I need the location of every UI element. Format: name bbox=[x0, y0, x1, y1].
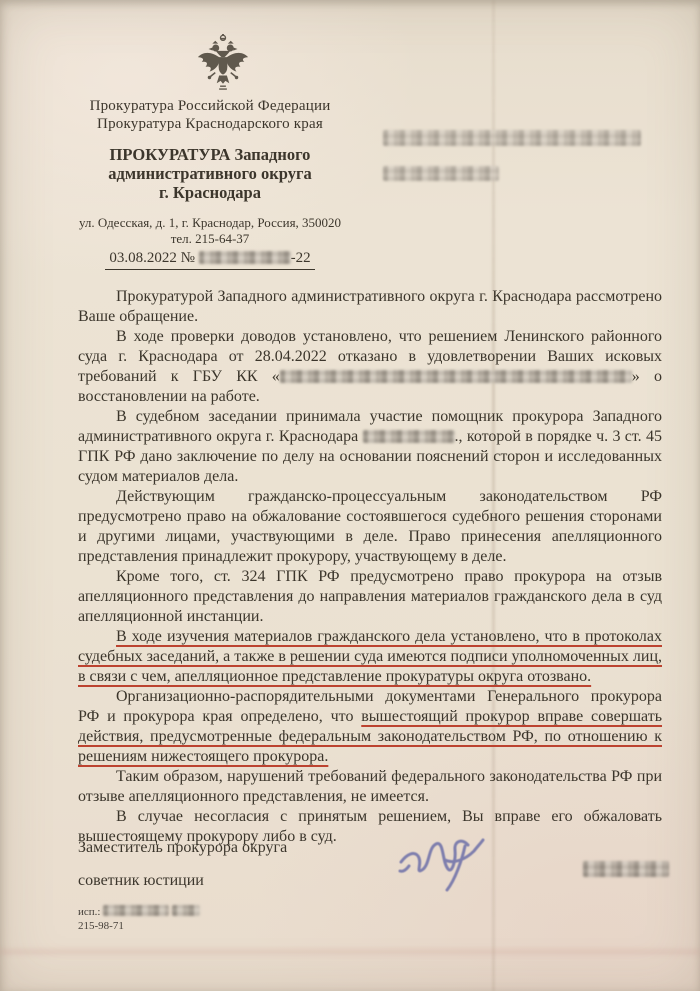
org-name-federation: Прокуратура Российской Федерации bbox=[40, 97, 380, 115]
number-sign: № bbox=[181, 250, 195, 266]
paragraph-7: Организационно-распорядительными докумен… bbox=[78, 687, 662, 767]
paragraph-5: Кроме того, ст. 324 ГПК РФ предусмотрено… bbox=[78, 567, 662, 627]
recipient-name-redacted bbox=[383, 130, 641, 146]
office-name: ПРОКУРАТУРА Западного административного … bbox=[40, 145, 380, 202]
letter-date: 03.08.2022 bbox=[109, 250, 177, 266]
executor-phone: 215-98-71 bbox=[78, 919, 200, 933]
signer-name-redacted bbox=[583, 861, 669, 877]
paragraph-1-text: Прокуратурой Западного административного… bbox=[78, 288, 662, 325]
handwritten-signature bbox=[395, 818, 520, 898]
organization-name-redacted bbox=[280, 370, 632, 383]
paragraph-3: В судебном заседании принимала участие п… bbox=[78, 407, 662, 487]
paper-fold-crease-horizontal bbox=[0, 948, 700, 956]
letter-body: Прокуратурой Западного административного… bbox=[78, 287, 662, 847]
paragraph-1: Прокуратурой Западного административного… bbox=[78, 287, 662, 327]
office-name-line3: г. Краснодара bbox=[40, 183, 380, 202]
executor-line: исп.: bbox=[78, 905, 200, 919]
letterhead: Прокуратура Российской Федерации Прокура… bbox=[40, 97, 380, 270]
signature-block: Заместитель прокурора округа советник юс… bbox=[78, 839, 287, 890]
paragraph-8-text: Таким образом, нарушений требований феде… bbox=[78, 768, 662, 805]
executor-block: исп.: 215-98-71 bbox=[78, 905, 200, 933]
signer-title-line1: Заместитель прокурора округа bbox=[78, 839, 287, 857]
office-address: ул. Одесская, д. 1, г. Краснодар, Россия… bbox=[40, 215, 380, 231]
date-and-number-line: 03.08.2022 № -22 bbox=[105, 250, 314, 270]
paragraph-2: В ходе проверки доводов установлено, что… bbox=[78, 327, 662, 407]
paragraph-8: Таким образом, нарушений требований феде… bbox=[78, 767, 662, 807]
paragraph-5-text: Кроме того, ст. 324 ГПК РФ предусмотрено… bbox=[78, 568, 662, 625]
scanned-letter-page: Прокуратура Российской Федерации Прокура… bbox=[0, 0, 700, 991]
paragraph-6: В ходе изучения материалов гражданского … bbox=[78, 627, 662, 687]
org-name-krai: Прокуратура Краснодарского края bbox=[40, 115, 380, 133]
executor-name-redacted bbox=[103, 905, 169, 916]
assistant-prosecutor-name-redacted bbox=[363, 430, 455, 443]
office-name-line2: административного округа bbox=[40, 164, 380, 183]
recipient-block bbox=[383, 130, 700, 184]
paragraph-4: Действующим гражданско-процессуальным за… bbox=[78, 487, 662, 567]
letter-number-redacted bbox=[199, 251, 291, 264]
paragraph-6-text-red-underlined: В ходе изучения материалов гражданского … bbox=[78, 628, 662, 685]
executor-label: исп.: bbox=[78, 906, 100, 918]
letter-number-suffix: -22 bbox=[291, 250, 311, 266]
executor-initials-redacted bbox=[172, 905, 200, 916]
recipient-email-redacted bbox=[383, 166, 499, 181]
signer-title-line2: советник юстиции bbox=[78, 872, 287, 890]
paragraph-4-text: Действующим гражданско-процессуальным за… bbox=[78, 488, 662, 565]
office-phone: тел. 215-64-37 bbox=[40, 231, 380, 247]
office-name-line1: ПРОКУРАТУРА Западного bbox=[40, 145, 380, 164]
coat-of-arms-icon bbox=[194, 32, 252, 92]
